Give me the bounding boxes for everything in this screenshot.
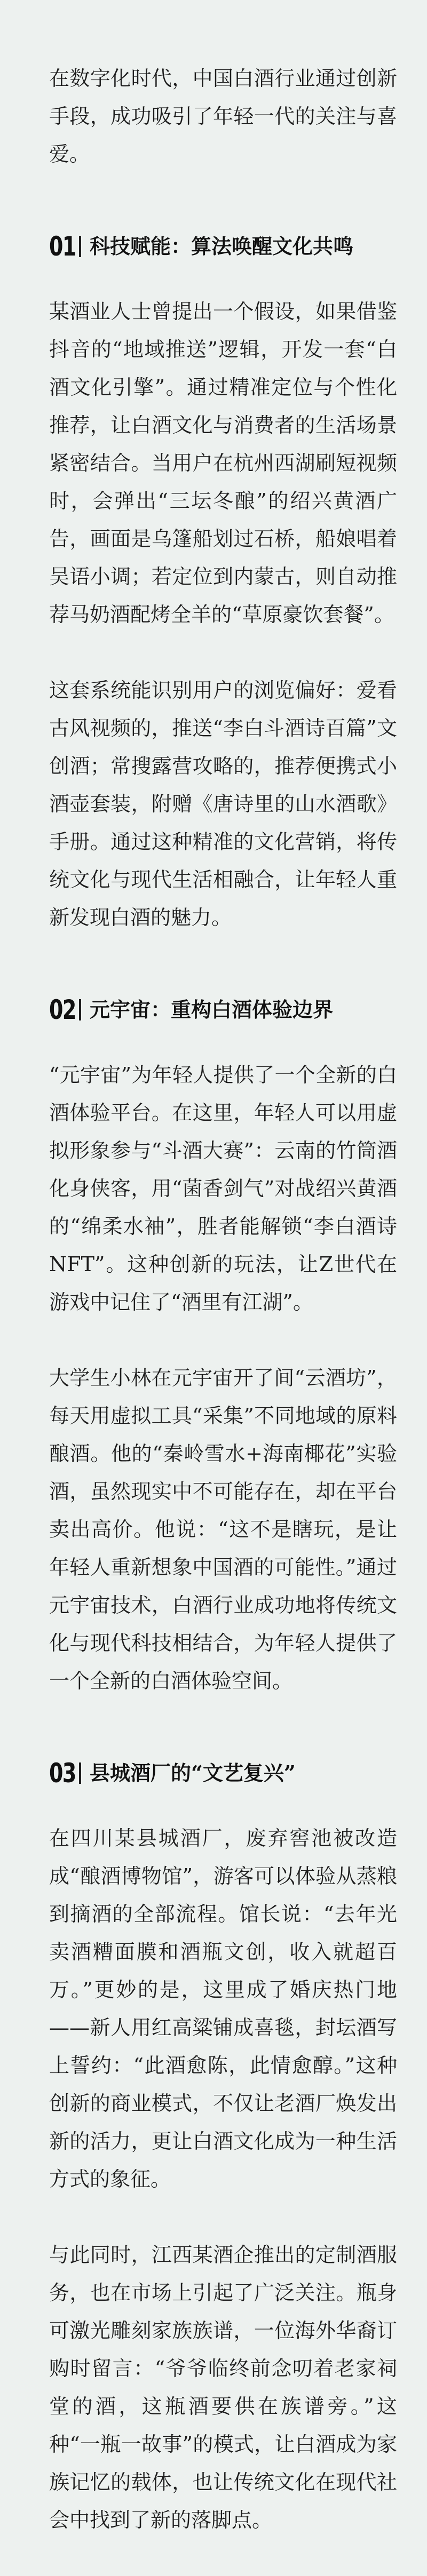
section-01: 01 科技赋能：算法唤醒文化共鸣 某酒业人士曾提出一个假设，如果借鉴抖音的“地域… <box>49 233 397 937</box>
section-02-body: “元宇宙”为年轻人提供了一个全新的白酒体验平台。在这里，年轻人可以用虚拟形象参与… <box>49 1056 397 1700</box>
paragraph: 大学生小林在元宇宙开了间“云酒坊”，每天用虚拟工具“采集”不同地域的原料酿酒。他… <box>49 1359 397 1700</box>
section-title: 科技赋能：算法唤醒文化共鸣 <box>90 233 353 260</box>
paragraph: 在四川某县城酒厂，废弃窖池被改造成“酿酒博物馆”，游客可以体验从蒸粮到摘酒的全部… <box>49 1820 397 2198</box>
section-title: 元宇宙：重构白酒体验边界 <box>90 996 333 1023</box>
section-02-header: 02 元宇宙：重构白酒体验边界 <box>49 996 397 1023</box>
header-divider-bar <box>79 1762 81 1784</box>
paragraph: “元宇宙”为年轻人提供了一个全新的白酒体验平台。在这里，年轻人可以用虚拟形象参与… <box>49 1056 397 1321</box>
section-01-header: 01 科技赋能：算法唤醒文化共鸣 <box>49 233 397 260</box>
section-title: 县城酒厂的“文艺复兴” <box>90 1760 296 1787</box>
header-divider-bar <box>79 999 81 1020</box>
header-divider-bar <box>79 236 81 257</box>
section-number: 02 <box>49 996 68 1023</box>
section-number: 03 <box>49 1760 68 1787</box>
section-02: 02 元宇宙：重构白酒体验边界 “元宇宙”为年轻人提供了一个全新的白酒体验平台。… <box>49 996 397 1700</box>
section-03: 03 县城酒厂的“文艺复兴” 在四川某县城酒厂，废弃窖池被改造成“酿酒博物馆”，… <box>49 1760 397 2539</box>
paragraph: 某酒业人士曾提出一个假设，如果借鉴抖音的“地域推送”逻辑，开发一套“白酒文化引擎… <box>49 293 397 634</box>
article-page: 在数字化时代，中国白酒行业通过创新手段，成功吸引了年轻一代的关注与喜爱。 01 … <box>0 0 427 2576</box>
article-content: 在数字化时代，中国白酒行业通过创新手段，成功吸引了年轻一代的关注与喜爱。 01 … <box>49 60 397 2539</box>
section-01-body: 某酒业人士曾提出一个假设，如果借鉴抖音的“地域推送”逻辑，开发一套“白酒文化引擎… <box>49 293 397 937</box>
intro-paragraph: 在数字化时代，中国白酒行业通过创新手段，成功吸引了年轻一代的关注与喜爱。 <box>49 60 397 173</box>
paragraph: 与此同时，江西某酒企推出的定制酒服务，也在市场上引起了广泛关注。瓶身可激光雕刻家… <box>49 2236 397 2539</box>
section-03-body: 在四川某县城酒厂，废弃窖池被改造成“酿酒博物馆”，游客可以体验从蒸粮到摘酒的全部… <box>49 1820 397 2539</box>
paragraph: 这套系统能识别用户的浏览偏好：爱看古风视频的，推送“李白斗酒诗百篇”文创酒；常搜… <box>49 672 397 937</box>
section-03-header: 03 县城酒厂的“文艺复兴” <box>49 1760 397 1787</box>
section-number: 01 <box>49 233 68 260</box>
